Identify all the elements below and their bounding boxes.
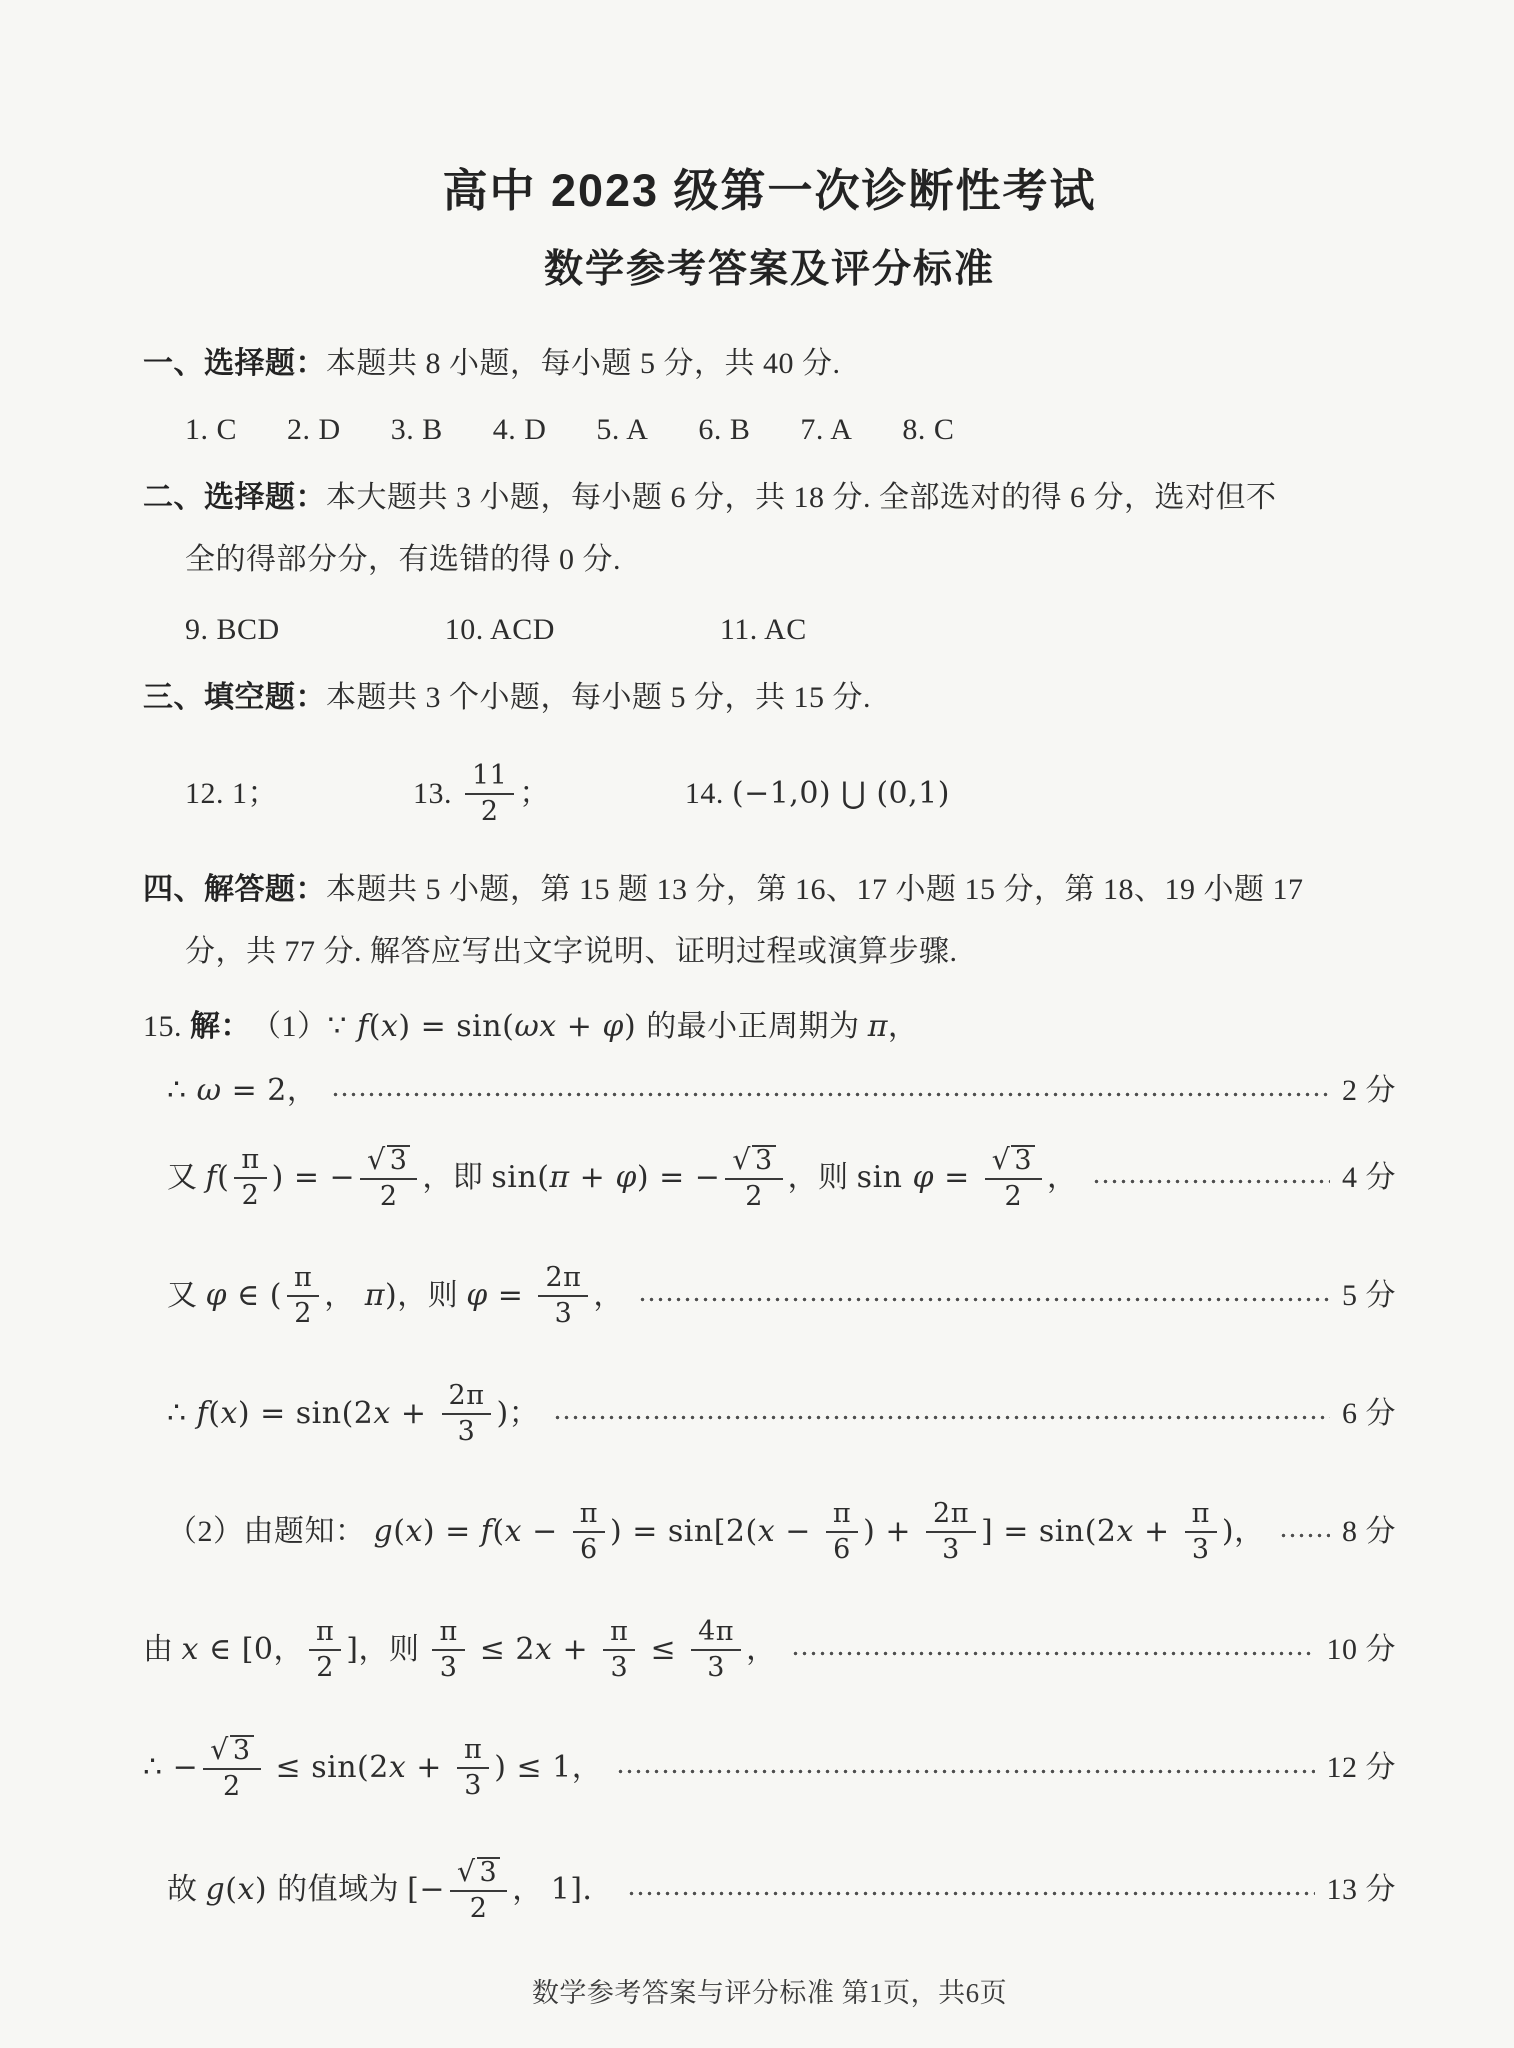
numerator: π	[826, 1500, 858, 1533]
text: ωx	[514, 1008, 556, 1046]
answer-item: 2. D	[287, 411, 341, 449]
text: 3. B	[391, 411, 443, 449]
text: ，	[512, 1871, 551, 1909]
text: ) = sin(2	[238, 1395, 374, 1433]
text: =	[488, 1277, 534, 1315]
text: 本大题共 3 小题，每小题 6 分，共 18 分. 全部选对的得 6 分，选对但…	[326, 479, 1277, 517]
page-footer: 数学参考答案与评分标准 第1页，共6页	[143, 1974, 1396, 2014]
denominator: 3	[1192, 1533, 1210, 1564]
text: f	[481, 1513, 493, 1551]
dotted-leader	[791, 1651, 1315, 1656]
text: 10. ACD	[445, 611, 555, 649]
q15-step-sinphi: 又 f(π2) = −√32，即 sin(π + φ) = −√32，则 sin…	[143, 1122, 1396, 1234]
radical-sign: √	[457, 1857, 476, 1887]
text: )	[385, 1277, 397, 1315]
text: = 2	[222, 1072, 287, 1110]
text: （1）	[251, 1008, 328, 1046]
text: f	[357, 1008, 369, 1046]
radicand: 3	[752, 1145, 776, 1175]
text: 数学参考答案与评分标准 第1页，共6页	[532, 1977, 1007, 2011]
numerator: √3	[450, 1857, 507, 1892]
text: ，	[324, 1277, 355, 1315]
bold-text: 解：	[190, 1008, 251, 1046]
text: )	[1222, 1513, 1234, 1551]
bold-text: 二、选择题：	[143, 479, 326, 517]
q15-conclusion: 故 g(x) 的值域为 [−√32， 1]．13 分	[143, 1832, 1396, 1948]
denominator: 2	[294, 1297, 312, 1328]
text: 8 分	[1342, 1513, 1396, 1551]
text: (−1,0)	[732, 775, 831, 813]
sqrt-fraction: √32	[203, 1735, 260, 1802]
numerator: π	[603, 1618, 635, 1651]
text: 10 分	[1327, 1631, 1397, 1669]
text: φ	[913, 1159, 935, 1197]
denominator: 2	[242, 1179, 260, 1210]
numerator: 2π	[926, 1500, 976, 1533]
text: +	[406, 1749, 452, 1787]
sqrt-fraction: √32	[450, 1857, 507, 1924]
section-3-header: 三、填空题：本题共 3 个小题，每小题 5 分，共 15 分.	[143, 676, 1396, 720]
text: ) ≤ 1	[494, 1749, 572, 1787]
text: +	[552, 1631, 598, 1669]
dotted-leader	[638, 1297, 1330, 1302]
radical-sign: √	[992, 1145, 1011, 1175]
fraction: 112	[465, 762, 514, 827]
text: 由	[143, 1631, 182, 1669]
denominator: 3	[610, 1651, 628, 1682]
text: =	[934, 1159, 980, 1197]
radicand: 3	[387, 1145, 411, 1175]
numerator: π	[309, 1618, 341, 1651]
text: 11. AC	[720, 611, 807, 649]
text: (	[369, 1008, 381, 1046]
text: φ	[602, 1008, 624, 1046]
text: f	[206, 1159, 218, 1197]
text: x	[535, 1631, 552, 1669]
radicand: 3	[477, 1857, 501, 1887]
fraction: 2π3	[926, 1500, 976, 1565]
q15-step-phi: 又 φ ∈ (π2， π)，则 φ = 2π3，5 分	[143, 1240, 1396, 1352]
fraction: 2π3	[538, 1264, 588, 1329]
q15-step-gx: （2）由题知： g(x) = f(x − π6) = sin[2(x − π6)…	[143, 1476, 1396, 1588]
text: g	[374, 1513, 394, 1551]
denominator: 3	[555, 1297, 573, 1328]
numerator: π	[1185, 1500, 1217, 1533]
text: ．	[583, 1871, 614, 1909]
text: ) = sin[2(	[610, 1513, 758, 1551]
text: 的值域为	[277, 1871, 407, 1909]
text: ∴	[167, 1395, 197, 1433]
text: π	[355, 1277, 385, 1315]
numerator: π	[457, 1736, 489, 1769]
answers-12-14: 12. 1；13. 112；14. (−1,0) ⋃ (0,1)	[143, 744, 1396, 844]
text: ，	[1234, 1513, 1265, 1551]
numerator: 11	[465, 762, 514, 795]
dotted-leader	[627, 1891, 1315, 1896]
numerator: √3	[985, 1145, 1042, 1180]
answer-item: 7. A	[800, 411, 852, 449]
fraction: π3	[457, 1736, 489, 1801]
text: 2. D	[287, 411, 341, 449]
answer-item: 13. 112；	[413, 762, 550, 827]
text: 分，共 77 分. 解答应写出文字说明、证明过程或演算步骤.	[185, 933, 958, 971]
answer-item: 6. B	[698, 411, 750, 449]
text: ∴ −	[143, 1749, 198, 1787]
text: ] = sin(2	[981, 1513, 1117, 1551]
text: +	[391, 1395, 437, 1433]
text: 2 分	[1342, 1072, 1396, 1110]
radical-sign: √	[210, 1735, 229, 1765]
text: ) =	[423, 1513, 481, 1551]
radical-sign: √	[732, 1145, 751, 1175]
text: x	[373, 1395, 390, 1433]
text: ，	[274, 1631, 305, 1669]
text: ；	[519, 775, 550, 813]
text: (	[393, 1513, 405, 1551]
fraction: π2	[234, 1146, 266, 1211]
text: ，	[1047, 1159, 1078, 1197]
denominator: 2	[223, 1770, 241, 1801]
dotted-leader	[1279, 1533, 1330, 1538]
text: 1]	[551, 1871, 583, 1909]
numerator: π	[573, 1500, 605, 1533]
q15-solution-intro: 15. 解：（1）∵ f(x) = sin(ωx + φ) 的最小正周期为 π，	[143, 1002, 1396, 1052]
text: φ	[206, 1277, 228, 1315]
text: 本题共 3 个小题，每小题 5 分，共 15 分.	[326, 679, 871, 717]
text: ，	[746, 1631, 777, 1669]
answer-item: 8. C	[902, 411, 954, 449]
text: 6. B	[698, 411, 750, 449]
fraction: π6	[826, 1500, 858, 1565]
numerator: π	[234, 1146, 266, 1179]
text: x	[1117, 1513, 1134, 1551]
text: φ	[615, 1159, 637, 1197]
text: ∵	[328, 1008, 358, 1046]
text: (	[217, 1159, 229, 1197]
answer-item: 11. AC	[720, 611, 807, 649]
sqrt-fraction: √32	[360, 1145, 417, 1212]
text: 8. C	[902, 411, 954, 449]
text: x	[505, 1513, 522, 1551]
document-content: 高中 2023 级第一次诊断性考试数学参考答案及评分标准一、选择题：本题共 8 …	[143, 0, 1396, 2048]
fraction: π3	[1185, 1500, 1217, 1565]
bold-text: 三、填空题：	[143, 679, 326, 717]
answer-item: 1. C	[185, 411, 237, 449]
bold-text: 四、解答题：	[143, 871, 326, 909]
text: ，	[572, 1749, 603, 1787]
text: x	[182, 1631, 199, 1669]
text: ，	[287, 1072, 318, 1110]
numerator: √3	[360, 1145, 417, 1180]
bold-text: 一、选择题：	[143, 345, 326, 383]
section-2-header-line-2: 全的得部分分，有选错的得 0 分.	[143, 538, 1396, 582]
text: 7. A	[800, 411, 852, 449]
text: π	[549, 1159, 569, 1197]
text: φ	[466, 1277, 488, 1315]
scanned-exam-page: 高中 2023 级第一次诊断性考试数学参考答案及评分标准一、选择题：本题共 8 …	[0, 0, 1514, 2048]
fraction: 4π3	[691, 1618, 741, 1683]
text: ，则	[788, 1159, 857, 1197]
text: +	[570, 1159, 616, 1197]
text: 14.	[685, 775, 732, 813]
text: ω	[197, 1072, 222, 1110]
text: )	[496, 1395, 508, 1433]
text: 5 分	[1342, 1277, 1396, 1315]
section-4-header-line-1: 四、解答题：本题共 5 小题，第 15 题 13 分，第 16、17 小题 15…	[143, 868, 1396, 912]
answer-item: 14. (−1,0) ⋃ (0,1)	[685, 775, 950, 813]
radicand: 3	[1011, 1145, 1035, 1175]
numerator: π	[287, 1264, 319, 1297]
text: x	[389, 1749, 406, 1787]
numerator: 4π	[691, 1618, 741, 1651]
text: （2）由题知：	[167, 1513, 374, 1551]
text: 故	[167, 1871, 206, 1909]
text: x	[758, 1513, 775, 1551]
text: 本题共 8 小题，每小题 5 分，共 40 分.	[326, 345, 841, 383]
text: ，	[593, 1277, 624, 1315]
text: g	[206, 1871, 226, 1909]
text: ≤ sin(2	[266, 1749, 389, 1787]
q15-step-omega: ∴ ω = 2，2 分	[143, 1066, 1396, 1116]
text: 12 分	[1327, 1749, 1397, 1787]
text: ) = sin(	[398, 1008, 514, 1046]
text: ，则	[397, 1277, 466, 1315]
text: ，则	[358, 1631, 427, 1669]
text: 9. BCD	[185, 611, 280, 649]
q15-step-range-sin: ∴ −√32 ≤ sin(2x + π3) ≤ 1，12 分	[143, 1712, 1396, 1824]
text: −	[775, 1513, 821, 1551]
section-1-header: 一、选择题：本题共 8 小题，每小题 5 分，共 40 分.	[143, 342, 1396, 386]
text: x	[237, 1871, 254, 1909]
page-subtitle: 数学参考答案及评分标准	[143, 242, 1396, 298]
denominator: 6	[580, 1533, 598, 1564]
fraction: π3	[432, 1618, 464, 1683]
text: 本题共 5 小题，第 15 题 13 分，第 16、17 小题 15 分，第 1…	[326, 871, 1304, 909]
denominator: 3	[707, 1651, 725, 1682]
text: +	[1134, 1513, 1180, 1551]
text: (0,1)	[876, 775, 950, 813]
denominator: 2	[481, 795, 499, 826]
numerator: π	[432, 1618, 464, 1651]
text: x	[381, 1008, 398, 1046]
text: sin(	[491, 1159, 549, 1197]
text: [−	[407, 1871, 445, 1909]
denominator: 2	[1005, 1180, 1023, 1211]
fraction: π6	[573, 1500, 605, 1565]
answer-item: 10. ACD	[445, 611, 555, 649]
answer-item: 3. B	[391, 411, 443, 449]
text: (	[225, 1871, 237, 1909]
text: x	[220, 1395, 237, 1433]
text: ≤ 2	[470, 1631, 535, 1669]
text: 的最小正周期为	[646, 1008, 868, 1046]
bold-text: 高中 2023 级第一次诊断性考试	[442, 163, 1096, 219]
text: )	[624, 1008, 646, 1046]
answer-item: 12. 1；	[185, 775, 278, 813]
text: sin	[857, 1159, 913, 1197]
text: 4. D	[493, 411, 547, 449]
denominator: 2	[380, 1180, 398, 1211]
text: f	[197, 1395, 209, 1433]
denominator: 3	[458, 1415, 476, 1446]
text: ∈ [0	[199, 1631, 274, 1669]
text: 5. A	[596, 411, 648, 449]
text: 6 分	[1342, 1395, 1396, 1433]
dotted-leader	[331, 1092, 1330, 1097]
text: ，	[888, 1008, 919, 1046]
text: 15.	[143, 1008, 190, 1046]
text: )	[255, 1871, 277, 1909]
text: 又	[167, 1277, 206, 1315]
text: π	[868, 1008, 888, 1046]
text: ；	[509, 1395, 540, 1433]
bold-text: 数学参考答案及评分标准	[544, 246, 995, 295]
numerator: √3	[203, 1735, 260, 1770]
section-4-header-line-2: 分，共 77 分. 解答应写出文字说明、证明过程或演算步骤.	[143, 930, 1396, 974]
denominator: 2	[745, 1180, 763, 1211]
fraction: π2	[309, 1618, 341, 1683]
text: ) +	[863, 1513, 921, 1551]
text: 4 分	[1342, 1159, 1396, 1197]
numerator: 2π	[538, 1264, 588, 1297]
denominator: 3	[942, 1533, 960, 1564]
text: ) = −	[637, 1159, 721, 1197]
page-title: 高中 2023 级第一次诊断性考试	[143, 160, 1396, 222]
text: ]	[346, 1631, 358, 1669]
radicand: 3	[230, 1735, 254, 1765]
sqrt-fraction: √32	[985, 1145, 1042, 1212]
q15-step-fx: ∴ f(x) = sin(2x + 2π3)；6 分	[143, 1358, 1396, 1470]
text: ∴	[167, 1072, 197, 1110]
answers-9-11: 9. BCD10. ACD11. AC	[143, 608, 1396, 652]
text: −	[522, 1513, 568, 1551]
dotted-leader	[616, 1769, 1314, 1774]
text: 13.	[413, 775, 460, 813]
q15-step-domain: 由 x ∈ [0，π2]，则 π3 ≤ 2x + π3 ≤ 4π3，10 分	[143, 1594, 1396, 1706]
fraction: π3	[603, 1618, 635, 1683]
text: (	[492, 1513, 504, 1551]
denominator: 6	[833, 1533, 851, 1564]
radical-sign: √	[367, 1145, 386, 1175]
dotted-leader	[553, 1415, 1330, 1420]
denominator: 2	[470, 1892, 488, 1923]
answer-item: 5. A	[596, 411, 648, 449]
sqrt-fraction: √32	[725, 1145, 782, 1212]
denominator: 3	[464, 1769, 482, 1800]
section-2-header-line-1: 二、选择题：本大题共 3 小题，每小题 6 分，共 18 分. 全部选对的得 6…	[143, 476, 1396, 520]
answer-item: 9. BCD	[185, 611, 280, 649]
answers-1-8: 1. C2. D3. B4. D5. A6. B7. A8. C	[143, 408, 1396, 452]
text: x	[405, 1513, 422, 1551]
text: (	[208, 1395, 220, 1433]
text: 又	[167, 1159, 206, 1197]
denominator: 3	[440, 1651, 458, 1682]
text: +	[557, 1008, 603, 1046]
text: 13 分	[1327, 1871, 1397, 1909]
text: 1. C	[185, 411, 237, 449]
text: 全的得部分分，有选错的得 0 分.	[185, 541, 621, 579]
text: ∈ (	[227, 1277, 282, 1315]
dotted-leader	[1092, 1179, 1330, 1184]
fraction: π2	[287, 1264, 319, 1329]
fraction: 2π3	[442, 1382, 492, 1447]
text: ) = −	[272, 1159, 356, 1197]
text: ≤	[640, 1631, 686, 1669]
numerator: √3	[725, 1145, 782, 1180]
text: ，即	[422, 1159, 491, 1197]
numerator: 2π	[442, 1382, 492, 1415]
denominator: 2	[316, 1651, 334, 1682]
text: ⋃	[831, 775, 876, 813]
answer-item: 4. D	[493, 411, 547, 449]
text: 12. 1；	[185, 775, 278, 813]
